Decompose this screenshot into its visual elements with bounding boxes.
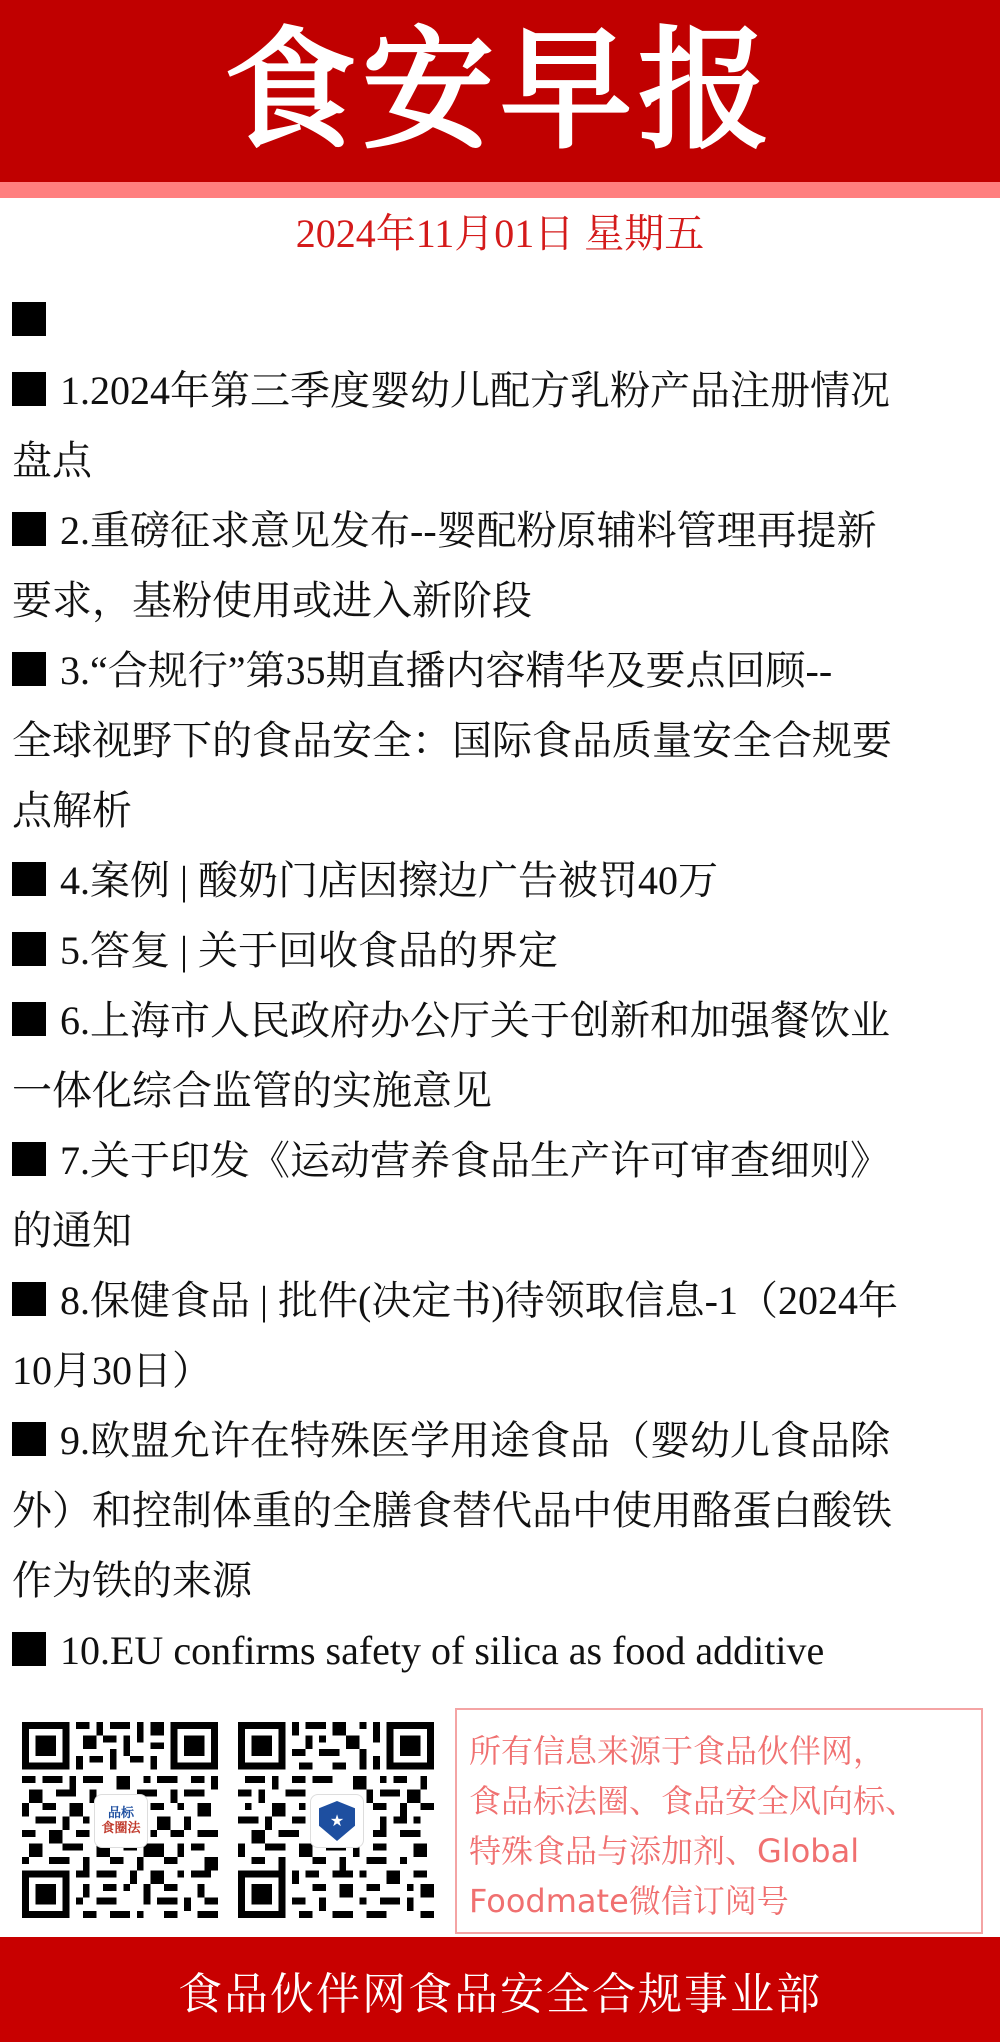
news-item[interactable]: 3.“合规行”第35期直播内容精华及要点回顾-- (12, 636, 992, 706)
square-bullet-icon (12, 1142, 46, 1176)
news-item-text: 8.保健食品 | 批件(决定书)待领取信息-1（2024年 (60, 1278, 898, 1323)
news-item-text: 5.答复 | 关于回收食品的界定 (60, 928, 558, 973)
shield-icon: ★ (319, 1801, 355, 1841)
news-item-continuation: 外）和控制体重的全膳食替代品中使用酪蛋白酸铁 (12, 1476, 992, 1546)
news-item-text: 4.案例 | 酸奶门店因擦边广告被罚40万 (60, 858, 718, 903)
news-item-continuation: 点解析 (12, 776, 992, 846)
source-line: Foodmate微信订阅号 (469, 1876, 969, 1926)
news-item[interactable]: 5.答复 | 关于回收食品的界定 (12, 916, 992, 986)
news-item-continuation: 作为铁的来源 (12, 1546, 992, 1616)
news-item[interactable]: 1.2024年第三季度婴幼儿配方乳粉产品注册情况 (12, 356, 992, 426)
news-list: 1.2024年第三季度婴幼儿配方乳粉产品注册情况 盘点 2.重磅征求意见发布--… (12, 286, 992, 1686)
news-item-continuation: 一体化综合监管的实施意见 (12, 1056, 992, 1126)
square-bullet-icon (12, 1632, 46, 1666)
news-item-continuation: 的通知 (12, 1196, 992, 1266)
square-bullet-icon (12, 652, 46, 686)
square-bullet-icon (12, 372, 46, 406)
header-stripe (0, 182, 1000, 198)
news-item-text: 2.重磅征求意见发布--婴配粉原辅料管理再提新 (60, 508, 877, 553)
news-item[interactable]: 6.上海市人民政府办公厅关于创新和加强餐饮业 (12, 986, 992, 1056)
source-line: 所有信息来源于食品伙伴网， (469, 1726, 969, 1776)
header-banner: 食安早报 (0, 0, 1000, 182)
square-bullet-icon (12, 1422, 46, 1456)
news-item-continuation: 10月30日） (12, 1336, 992, 1406)
page-title: 食安早报 (0, 0, 1000, 182)
footer-banner: 食品伙伴网食品安全合规事业部 (0, 1937, 1000, 2042)
news-item[interactable]: 10.EU confirms safety of silica as food … (12, 1616, 992, 1686)
news-item-continuation: 要求，基粉使用或进入新阶段 (12, 566, 992, 636)
square-bullet-icon (12, 1282, 46, 1316)
qr-code-global-foodmate[interactable]: ★ (238, 1722, 434, 1918)
news-item[interactable]: 4.案例 | 酸奶门店因擦边广告被罚40万 (12, 846, 992, 916)
news-item-continuation: 盘点 (12, 426, 992, 496)
news-item-text: 6.上海市人民政府办公厅关于创新和加强餐饮业 (60, 998, 890, 1043)
qr-code-biaofaquan[interactable]: 品标 食圈法 (22, 1722, 218, 1918)
square-bullet-icon (12, 1002, 46, 1036)
biaofaquan-logo: 品标 食圈法 (94, 1794, 148, 1848)
source-line: 特殊食品与添加剂、Global (469, 1826, 969, 1876)
square-bullet-icon (12, 302, 46, 336)
news-item-text: 3.“合规行”第35期直播内容精华及要点回顾-- (60, 648, 832, 693)
news-item[interactable]: 2.重磅征求意见发布--婴配粉原辅料管理再提新 (12, 496, 992, 566)
news-item-continuation: 全球视野下的食品安全：国际食品质量安全合规要 (12, 706, 992, 776)
square-bullet-icon (12, 512, 46, 546)
news-item-text: 7.关于印发《运动营养食品生产许可审查细则》 (60, 1138, 890, 1183)
source-info-box: 所有信息来源于食品伙伴网， 食品标法圈、食品安全风向标、 特殊食品与添加剂、Gl… (455, 1708, 983, 1934)
news-item-text: 1.2024年第三季度婴幼儿配方乳粉产品注册情况 (60, 368, 890, 413)
news-item[interactable]: 9.欧盟允许在特殊医学用途食品（婴幼儿食品除 (12, 1406, 992, 1476)
footer-organization: 食品伙伴网食品安全合规事业部 (178, 1958, 822, 2022)
news-item[interactable]: 7.关于印发《运动营养食品生产许可审查细则》 (12, 1126, 992, 1196)
news-item[interactable]: 8.保健食品 | 批件(决定书)待领取信息-1（2024年 (12, 1266, 992, 1336)
source-line: 食品标法圈、食品安全风向标、 (469, 1776, 969, 1826)
news-item-text: 10.EU confirms safety of silica as food … (60, 1628, 824, 1673)
square-bullet-icon (12, 932, 46, 966)
date-line: 2024年11月01日 星期五 (0, 208, 1000, 260)
square-bullet-icon (12, 862, 46, 896)
global-foodmate-logo: ★ (310, 1794, 364, 1848)
news-item-empty (12, 286, 992, 356)
news-item-text: 9.欧盟允许在特殊医学用途食品（婴幼儿食品除 (60, 1418, 890, 1463)
